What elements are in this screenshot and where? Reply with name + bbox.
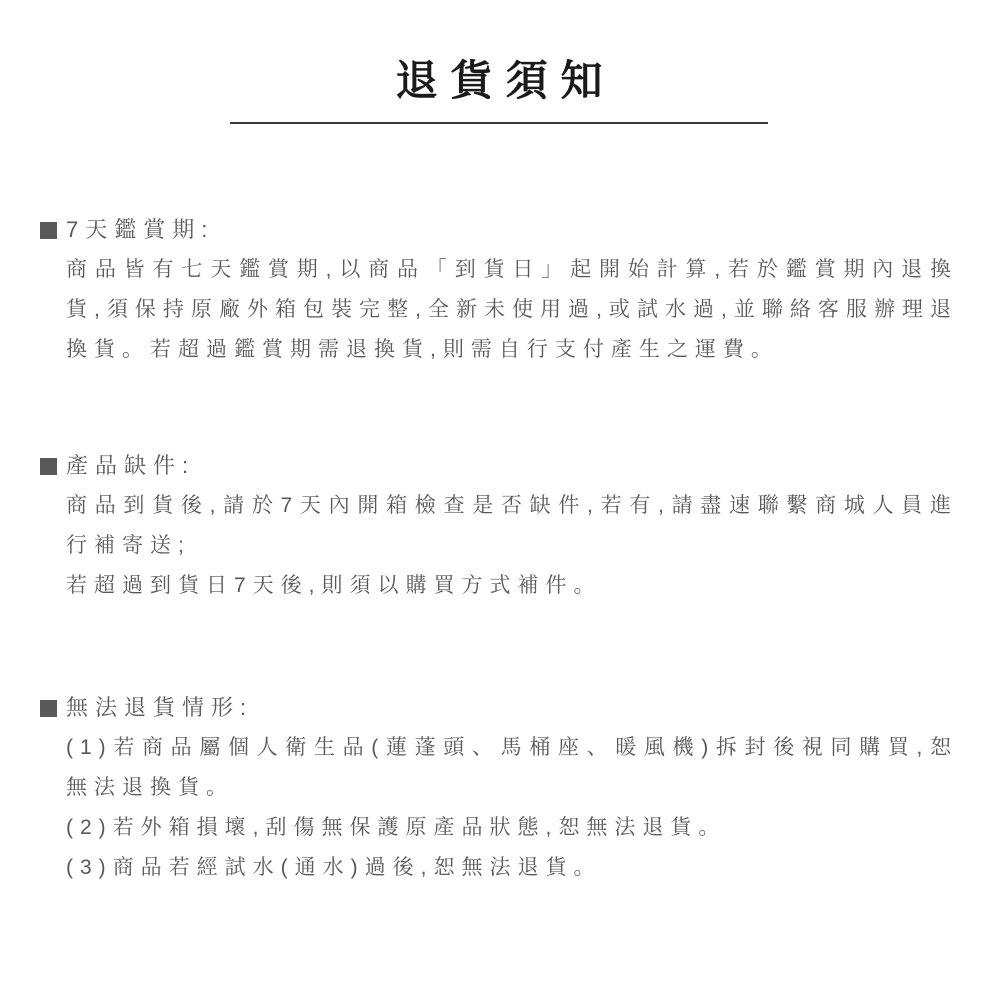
section-body: 商品皆有七天鑑賞期,以商品「到貨日」起開始計算,若於鑑賞期內退換貨,須保持原廠外… [66,250,958,370]
list-item: (1)若商品屬個人衛生品(蓮蓬頭、馬桶座、暖風機)拆封後視同購買,恕無法退換貨。 [66,728,958,808]
section-heading-label: 產品缺件: [66,446,195,486]
document-header: 退貨須知 [40,0,958,124]
list-item: (2)若外箱損壞,刮傷無保護原產品狀態,恕無法退貨。 [66,808,958,848]
section-missing-parts: 產品缺件: 商品到貨後,請於7天內開箱檢查是否缺件,若有,請盡速聯繫商城人員進行… [40,446,958,606]
paragraph: 若超過到貨日7天後,則須以購買方式補件。 [66,566,958,606]
section-body: 商品到貨後,請於7天內開箱檢查是否缺件,若有,請盡速聯繫商城人員進行補寄送; 若… [66,486,958,606]
title-underline [230,122,768,124]
return-policy-document: 退貨須知 7天鑑賞期: 商品皆有七天鑑賞期,以商品「到貨日」起開始計算,若於鑑賞… [0,0,1000,1000]
square-bullet-icon [40,458,57,475]
section-heading-label: 7天鑑賞期: [66,210,214,250]
paragraph: 商品皆有七天鑑賞期,以商品「到貨日」起開始計算,若於鑑賞期內退換貨,須保持原廠外… [66,250,958,370]
square-bullet-icon [40,222,57,239]
section-heading-label: 無法退貨情形: [66,688,253,728]
section-heading-row: 產品缺件: [40,446,958,486]
page-title: 退貨須知 [40,56,958,106]
section-heading-row: 7天鑑賞期: [40,210,958,250]
section-body: (1)若商品屬個人衛生品(蓮蓬頭、馬桶座、暖風機)拆封後視同購買,恕無法退換貨。… [66,728,958,888]
paragraph: 商品到貨後,請於7天內開箱檢查是否缺件,若有,請盡速聯繫商城人員進行補寄送; [66,486,958,566]
section-non-returnable-conditions: 無法退貨情形: (1)若商品屬個人衛生品(蓮蓬頭、馬桶座、暖風機)拆封後視同購買… [40,688,958,888]
section-7day-trial-period: 7天鑑賞期: 商品皆有七天鑑賞期,以商品「到貨日」起開始計算,若於鑑賞期內退換貨… [40,210,958,370]
square-bullet-icon [40,700,57,717]
list-item: (3)商品若經試水(通水)過後,恕無法退貨。 [66,848,958,888]
section-heading-row: 無法退貨情形: [40,688,958,728]
